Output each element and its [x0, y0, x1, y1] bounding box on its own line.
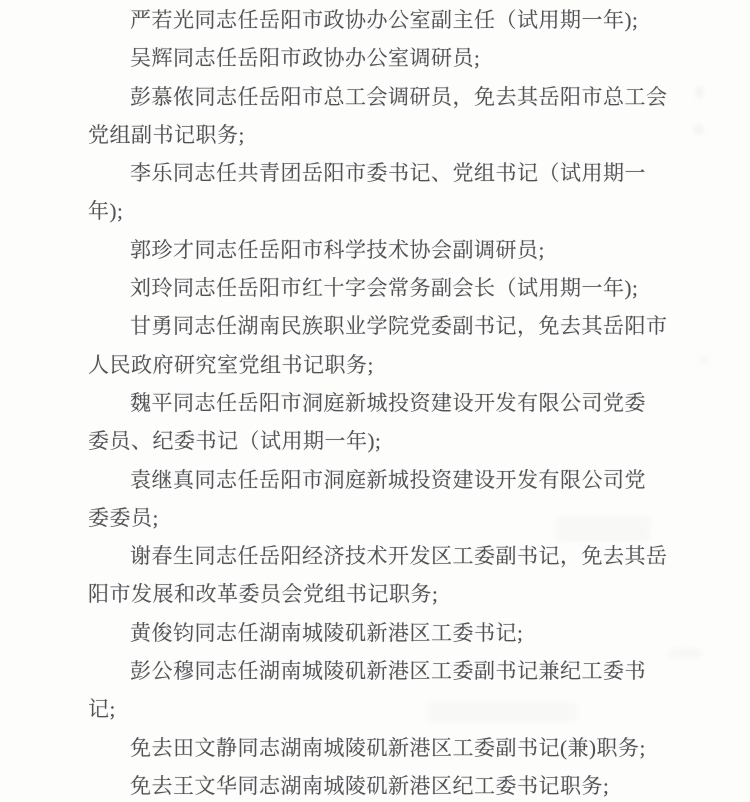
text-line: 吴辉同志任岳阳市政协办公室调研员;: [130, 39, 750, 77]
text-line: 免去王文华同志湖南城陵矶新港区纪工委书记职务;: [130, 767, 750, 802]
text-line: 免去田文静同志湖南城陵矶新港区工委副书记(兼)职务;: [130, 729, 750, 767]
text-line: 李乐同志任共青团岳阳市委书记、党组书记（试用期一: [130, 154, 750, 192]
text-line: 甘勇同志任湖南民族职业学院党委副书记，免去其岳阳市: [130, 307, 750, 345]
text-line: 彭慕侬同志任岳阳市总工会调研员，免去其岳阳市总工会: [130, 78, 750, 116]
text-line: 刘玲同志任岳阳市红十字会常务副会长（试用期一年);: [130, 269, 750, 307]
text-line: 袁继真同志任岳阳市洞庭新城投资建设开发有限公司党: [130, 461, 750, 499]
text-line: 彭公穆同志任湖南城陵矶新港区工委副书记兼纪工委书: [130, 652, 750, 690]
text-line: 记;: [88, 690, 750, 728]
text-line: 阳市发展和改革委员会党组书记职务;: [88, 575, 750, 613]
document-page: 严若光同志任岳阳市政协办公室副主任（试用期一年);吴辉同志任岳阳市政协办公室调研…: [0, 0, 750, 802]
text-line: 委员、纪委书记（试用期一年);: [88, 422, 750, 460]
text-line: 严若光同志任岳阳市政协办公室副主任（试用期一年);: [130, 1, 750, 39]
text-line: 郭珍才同志任岳阳市科学技术协会副调研员;: [130, 231, 750, 269]
text-line: 谢春生同志任岳阳经济技术开发区工委副书记，免去其岳: [130, 537, 750, 575]
text-line: 黄俊钧同志任湖南城陵矶新港区工委书记;: [130, 614, 750, 652]
text-line: 人民政府研究室党组书记职务;: [88, 346, 750, 384]
text-line: 党组副书记职务;: [88, 116, 750, 154]
text-lines: 严若光同志任岳阳市政协办公室副主任（试用期一年);吴辉同志任岳阳市政协办公室调研…: [88, 1, 750, 802]
text-line: 委委员;: [88, 499, 750, 537]
text-line: 魏平同志任岳阳市洞庭新城投资建设开发有限公司党委: [130, 384, 750, 422]
text-line: 年);: [88, 192, 750, 230]
